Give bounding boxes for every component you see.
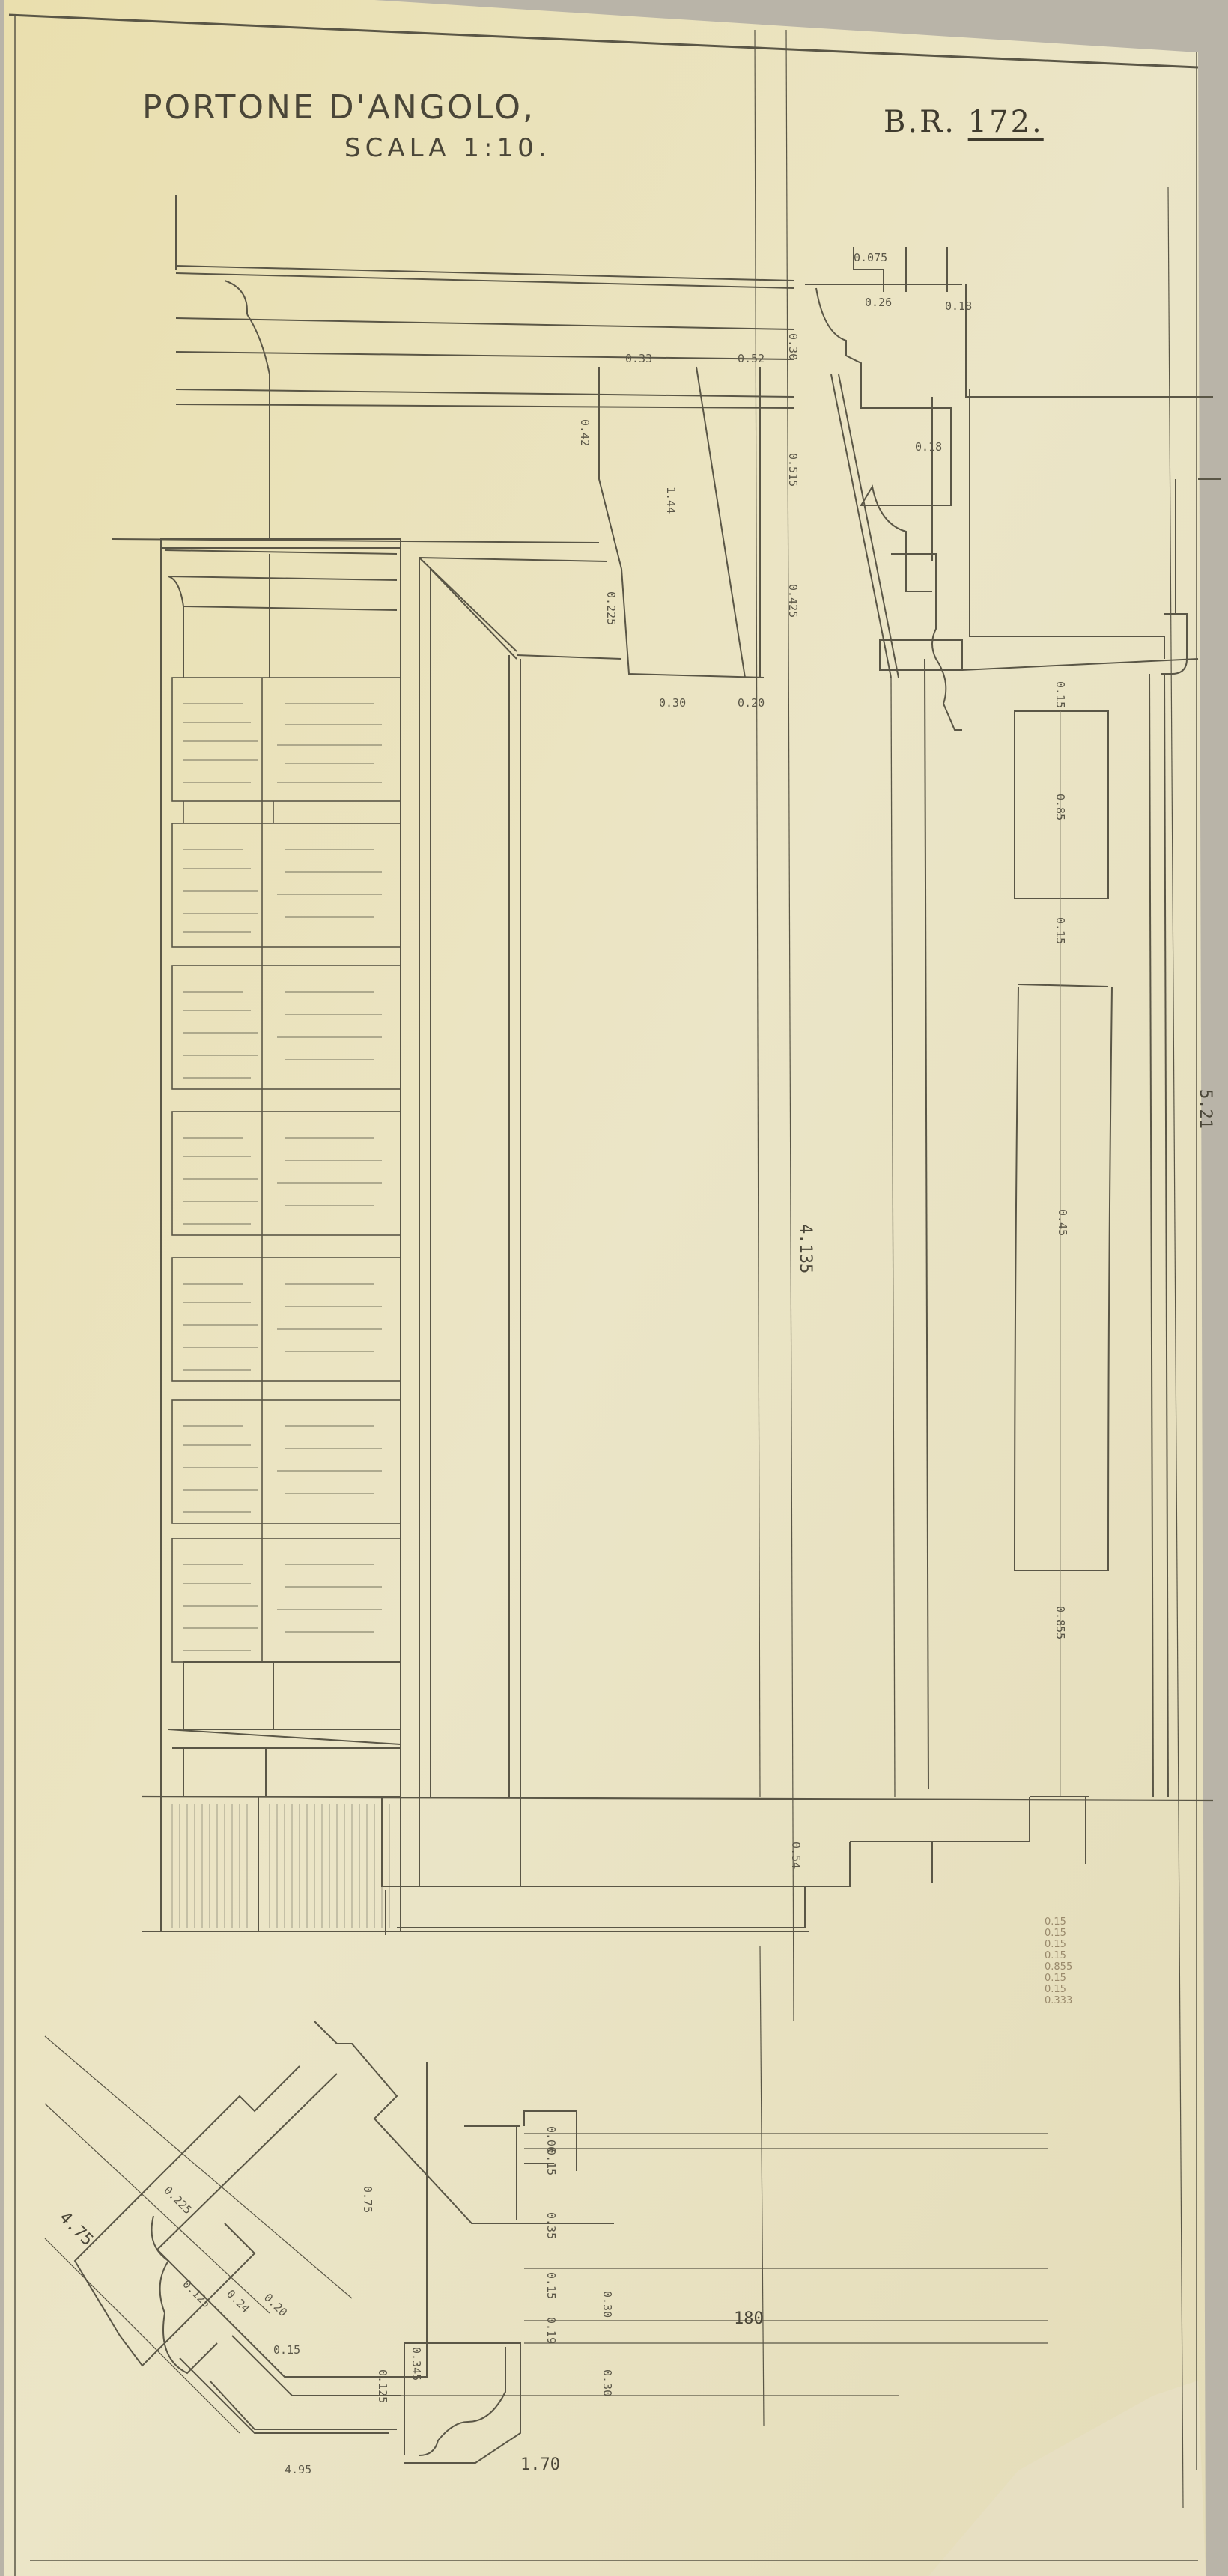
dim-chain-3: 0.425 [786,584,800,618]
pencil-note: 0.333 [1045,1995,1089,2006]
dim-chain-2: 0.515 [786,453,800,487]
dim-plan-right-f: 0.30 [601,2291,614,2318]
dim-bottom-b: 0.20 [738,696,765,710]
dim-plan-right-c: 0.35 [544,2212,558,2239]
dim-mid: 0.18 [915,440,942,454]
pencil-note: 0.15 [1045,1973,1089,1984]
dim-plan-right-d: 0.15 [544,2272,558,2299]
dim-plan-depth: 0.75 [361,2186,374,2213]
dim-main-height: 4.135 [796,1224,815,1273]
dim-plan-right-e: 0.19 [544,2317,558,2344]
dim-panel-lower: 0.45 [1056,1209,1069,1236]
paper [4,0,1206,2576]
dim-total-height: 5.21 [1196,1089,1215,1129]
pencil-note: 0.15 [1045,1928,1089,1939]
pencil-notes: 0.15 0.15 0.15 0.15 0.855 0.15 0.15 0.33… [1045,1916,1089,2006]
dim-panel-upper: 0.85 [1054,794,1067,820]
pencil-note: 0.15 [1045,1939,1089,1950]
reference-code: B.R. 172. [884,105,1044,139]
dim-jamb-diag: 1.44 [664,487,678,514]
dim-plan-lower-a: 0.15 [273,2343,300,2357]
drawing-sheet: PORTONE D'ANGOLO, SCALA 1:10. B.R. 172. … [0,0,1228,2576]
dim-panel-gap-top: 0.15 [1054,681,1067,708]
dim-top-width-b: 0.52 [738,352,765,365]
dim-height-left: 0.42 [578,419,592,446]
pencil-note: 0.855 [1045,1961,1089,1973]
dim-top-width-a: 0.33 [625,352,652,365]
dim-bottom-a: 0.30 [659,696,686,710]
drawing-canvas [0,0,1228,2576]
dim-plan-angle: 180 [734,2309,764,2328]
reference-number: 172. [968,105,1044,139]
dim-cap-width: 0.26 [865,296,892,309]
dim-chain-1: 0.30 [786,333,800,360]
drawing-title: PORTONE D'ANGOLO, [142,88,535,127]
dim-plan-bottom-left: 4.95 [285,2463,311,2476]
pencil-note: 0.15 [1045,1950,1089,1961]
dim-plan-lower-b: 0.125 [376,2369,389,2403]
dim-lower-left: 0.225 [604,591,618,625]
dim-plan-bottom-right: 1.70 [520,2455,560,2474]
scale-label: SCALA 1:10. [344,133,551,163]
pencil-note: 0.15 [1045,1984,1089,1995]
pencil-note: 0.15 [1045,1916,1089,1928]
dim-panel-base: 0.855 [1054,1606,1067,1639]
dim-plan-right-g: 0.30 [601,2369,614,2396]
dim-cap-small: 0.075 [854,251,887,264]
dim-plan-right-b: 0.15 [544,2149,558,2175]
dim-panel-gap-mid: 0.15 [1054,917,1067,944]
reference-prefix: B.R. [884,105,956,139]
dim-cap-right: 0.18 [945,299,972,313]
dim-plan-lower-c: 0.345 [410,2347,423,2381]
dim-base-height: 0.54 [789,1842,803,1869]
